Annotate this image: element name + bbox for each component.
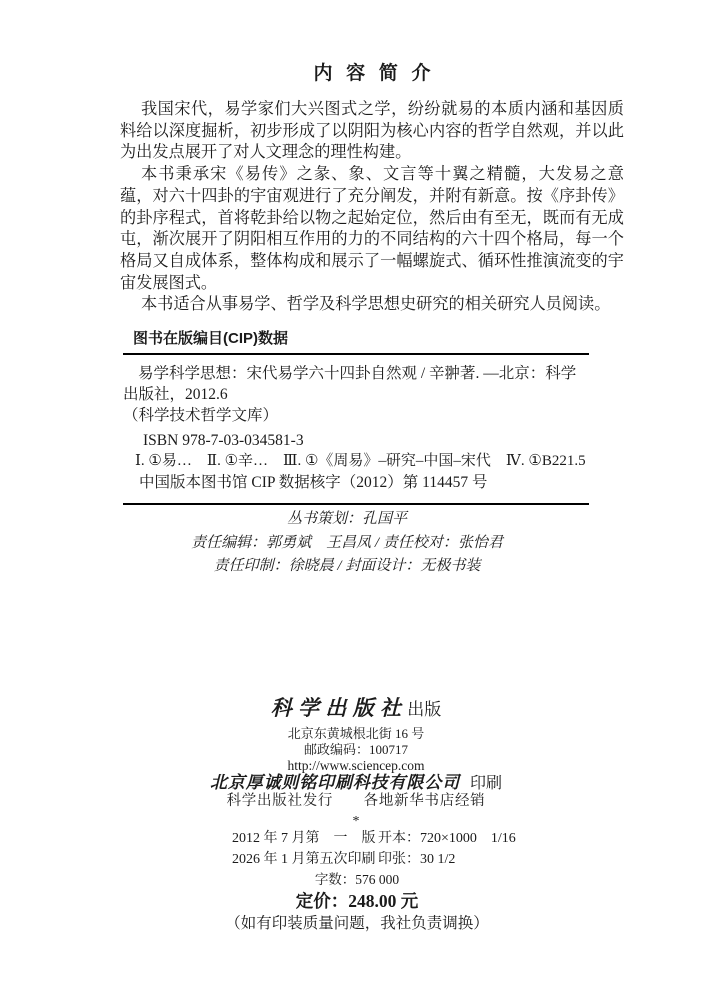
cip-registry-number: 中国版本图书馆 CIP 数据核字（2012）第 114457 号 (123, 472, 589, 493)
distribution-line: 科学出版社发行 各地新华书店经销 (0, 793, 712, 810)
edition-row-2: 2026 年 1 月第五次印刷 印张：30 1/2 (232, 850, 516, 870)
printer-name: 北京厚诚则铭印刷科技有限公司 (210, 773, 460, 792)
print-design-credit: 责任印制：徐晓晨 / 封面设计：无极书装 (0, 559, 694, 575)
price: 定价：248.00 元 (0, 891, 714, 911)
colophon-section: 字数：576 000 定价：248.00 元 （如有印装质量问题，我社负责调换） (0, 870, 714, 933)
intro-paragraph-1: 我国宋代，易学家们大兴图式之学，纷纷就易的本质内涵和基因质料给以深度掘析，初步形… (120, 99, 624, 164)
cip-classification: Ⅰ. ①易… Ⅱ. ①辛… Ⅲ. ①《周易》–研究–中国–宋代 Ⅳ. ①B221… (123, 451, 589, 472)
content-summary-section: 内容简介 我国宋代，易学家们大兴图式之学，纷纷就易的本质内涵和基因质料给以深度掘… (120, 62, 624, 316)
quality-note: （如有印装质量问题，我社负责调换） (0, 914, 714, 933)
edition-info-section: 2012 年 7 月第 一 版 开本：720×1000 1/16 2026 年 … (232, 829, 516, 871)
book-copyright-page: 内容简介 我国宋代，易学家们大兴图式之学，纷纷就易的本质内涵和基因质料给以深度掘… (0, 0, 720, 1000)
cip-top-rule (123, 353, 589, 355)
publisher-postcode: 邮政编码：100717 (0, 742, 712, 758)
publisher-website: http://www.sciencep.com (0, 758, 712, 773)
divider-asterisk: * (0, 815, 712, 829)
intro-paragraph-3: 本书适合从事易学、哲学及科学思想史研究的相关研究人员阅读。 (120, 294, 624, 316)
publisher-name: 科学出版社 (271, 696, 408, 720)
imprint-section: 科学出版社出版 北京东黄城根北街 16 号 邮政编码：100717 http:/… (0, 696, 712, 829)
word-count: 字数：576 000 (0, 872, 714, 888)
cip-heading: 图书在版编目(CIP)数据 (123, 330, 589, 348)
format-size: 开本：720×1000 1/16 (378, 829, 516, 849)
content-summary-title: 内容简介 (120, 62, 624, 86)
sheet-count: 印张：30 1/2 (378, 850, 455, 870)
edition-date: 2012 年 7 月第 一 版 (232, 829, 378, 849)
cip-bottom-rule (123, 503, 589, 505)
printer-line: 北京厚诚则铭印刷科技有限公司印刷 (0, 773, 712, 793)
series-planner-credit: 丛书策划：孔国平 (0, 512, 694, 528)
publish-label: 出版 (407, 700, 441, 719)
publisher-address: 北京东黄城根北街 16 号 (0, 726, 712, 742)
staff-credits-section: 丛书策划：孔国平 责任编辑：郭勇斌 王昌凤 / 责任校对：张怡君 责任印制：徐晓… (0, 512, 694, 583)
publisher-line: 科学出版社出版 (0, 696, 712, 723)
editors-credit: 责任编辑：郭勇斌 王昌凤 / 责任校对：张怡君 (0, 536, 694, 552)
impression-date: 2026 年 1 月第五次印刷 (232, 850, 378, 870)
intro-paragraph-2: 本书秉承宋《易传》之彖、象、文言等十翼之精髓，大发易之意蕴，对六十四卦的宇宙观进… (120, 164, 624, 294)
cip-title-line: 易学科学思想：宋代易学六十四卦自然观 / 辛翀著. —北京：科学出版社，2012… (123, 363, 589, 405)
cip-data-section: 图书在版编目(CIP)数据 易学科学思想：宋代易学六十四卦自然观 / 辛翀著. … (123, 330, 589, 505)
printed-by-label: 印刷 (470, 775, 502, 792)
cip-isbn: ISBN 978-7-03-034581-3 (123, 430, 589, 451)
edition-row-1: 2012 年 7 月第 一 版 开本：720×1000 1/16 (232, 829, 516, 849)
cip-series-line: （科学技术哲学文库） (123, 405, 589, 426)
